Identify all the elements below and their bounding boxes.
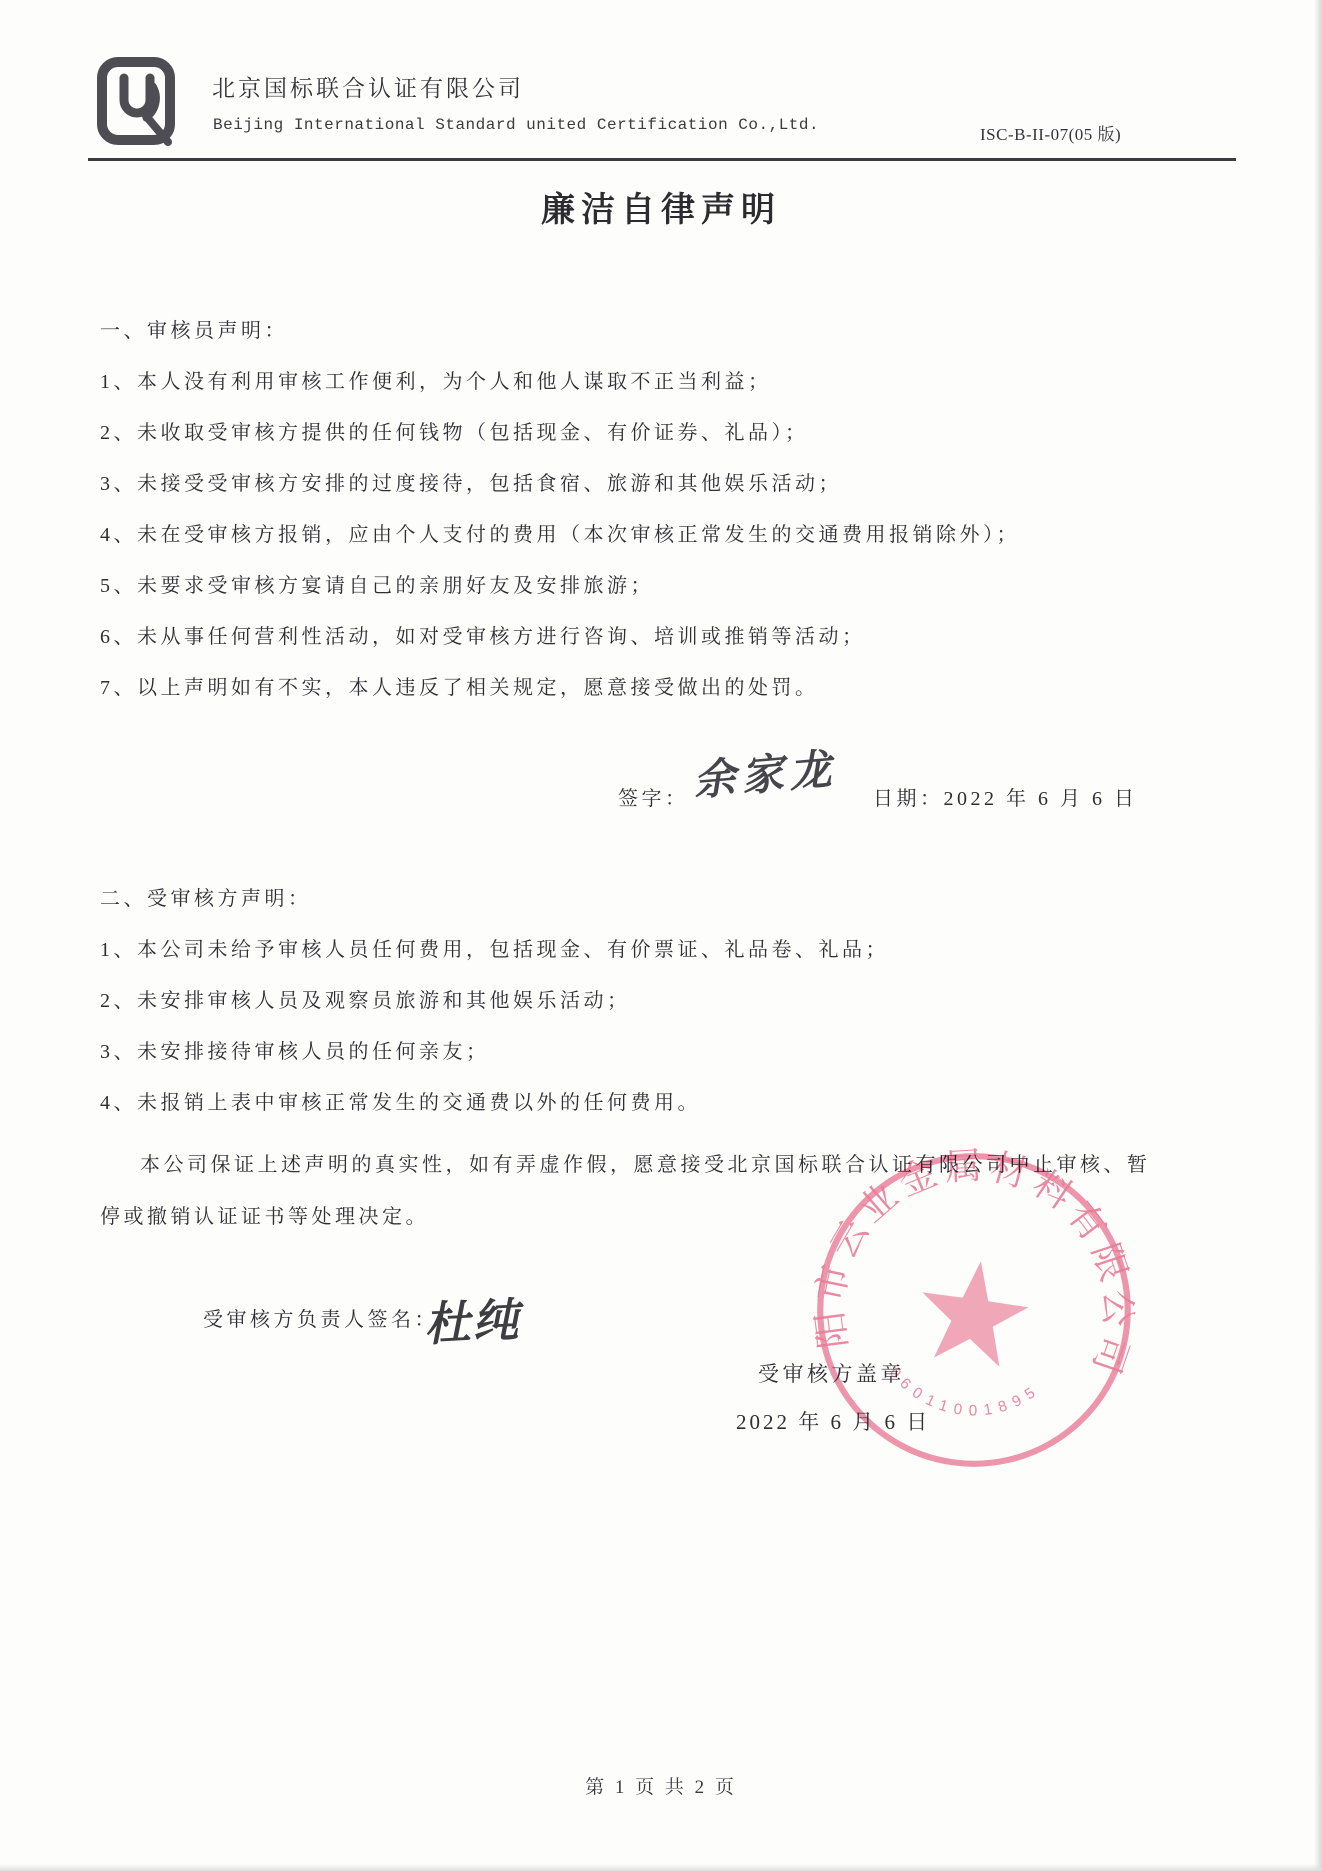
auditor-sign-label: 签字： [618, 782, 689, 811]
svg-text:阳市云业金属材料有限公司: 阳市云业金属材料有限公司 [802, 1125, 1160, 1395]
header-divider [88, 158, 1236, 161]
stamp-date: 2022 年 6 月 6 日 [736, 1406, 930, 1436]
declaration-item: 3、未安排接待审核人员的任何亲友； [100, 1037, 1260, 1067]
declaration-item: 1、本人没有利用审核工作便利，为个人和他人谋取不正当利益； [100, 367, 1260, 397]
declaration-item: 4、未报销上表中审核正常发生的交通费以外的任何费用。 [100, 1088, 1260, 1118]
certification-mark-icon [96, 56, 176, 146]
declaration-item: 7、以上声明如有不实，本人违反了相关规定，愿意接受做出的处罚。 [100, 673, 1260, 703]
stamp-arc-text: 阳市云业金属材料有限公司 [802, 1125, 1160, 1395]
declaration-item: 4、未在受审核方报销，应由个人支付的费用（本次审核正常发生的交通费用报销除外）； [100, 520, 1260, 550]
page-title: 廉洁自律声明 [0, 182, 1322, 231]
auditee-sign-label: 受审核方负责人签名： [203, 1303, 438, 1332]
document-code: ISC-B-II-07(05 版) [980, 120, 1121, 145]
declaration-item: 2、未收取受审核方提供的任何钱物（包括现金、有价证券、礼品）； [100, 418, 1260, 448]
company-name-en: Beijing International Standard united Ce… [213, 116, 819, 134]
auditor-date: 日期：2022 年 6 月 6 日 [873, 782, 1138, 811]
section1-heading: 一、审核员声明： [100, 316, 1260, 346]
auditor-handwritten-signature: 余家龙 [691, 736, 840, 808]
declaration-item: 5、未要求受审核方宴请自己的亲朋好友及安排旅游； [100, 571, 1260, 601]
company-seal-stamp: 阳市云业金属材料有限公司 06011001895 [789, 1125, 1159, 1495]
auditor-declaration-section: 一、审核员声明： 1、本人没有利用审核工作便利，为个人和他人谋取不正当利益； 2… [100, 316, 1260, 724]
declaration-item: 1、本公司未给予审核人员任何费用，包括现金、有价票证、礼品卷、礼品； [100, 935, 1260, 965]
document-page: 北京国标联合认证有限公司 Beijing International Stand… [0, 0, 1322, 1871]
declaration-item: 2、未安排审核人员及观察员旅游和其他娱乐活动； [100, 986, 1260, 1016]
declaration-item: 6、未从事任何营利性活动，如对受审核方进行咨询、培训或推销等活动； [100, 622, 1260, 652]
auditee-handwritten-signature: 杜纯 [422, 1284, 521, 1355]
scan-edge-artifact [1314, 0, 1322, 1871]
company-name-cn: 北京国标联合认证有限公司 [212, 70, 524, 103]
declaration-item: 3、未接受受审核方安排的过度接待，包括食宿、旅游和其他娱乐活动； [100, 469, 1260, 499]
date-value: 2022 年 6 月 6 日 [944, 788, 1138, 810]
stamp-caption: 受审核方盖章 [758, 1358, 905, 1388]
page-number: 第 1 页 共 2 页 [0, 1772, 1322, 1799]
stamp-star-icon [914, 1254, 1034, 1370]
scan-edge-artifact [0, 1864, 1322, 1871]
section2-heading: 二、受审核方声明： [100, 884, 1260, 914]
date-label: 日期： [873, 788, 944, 810]
